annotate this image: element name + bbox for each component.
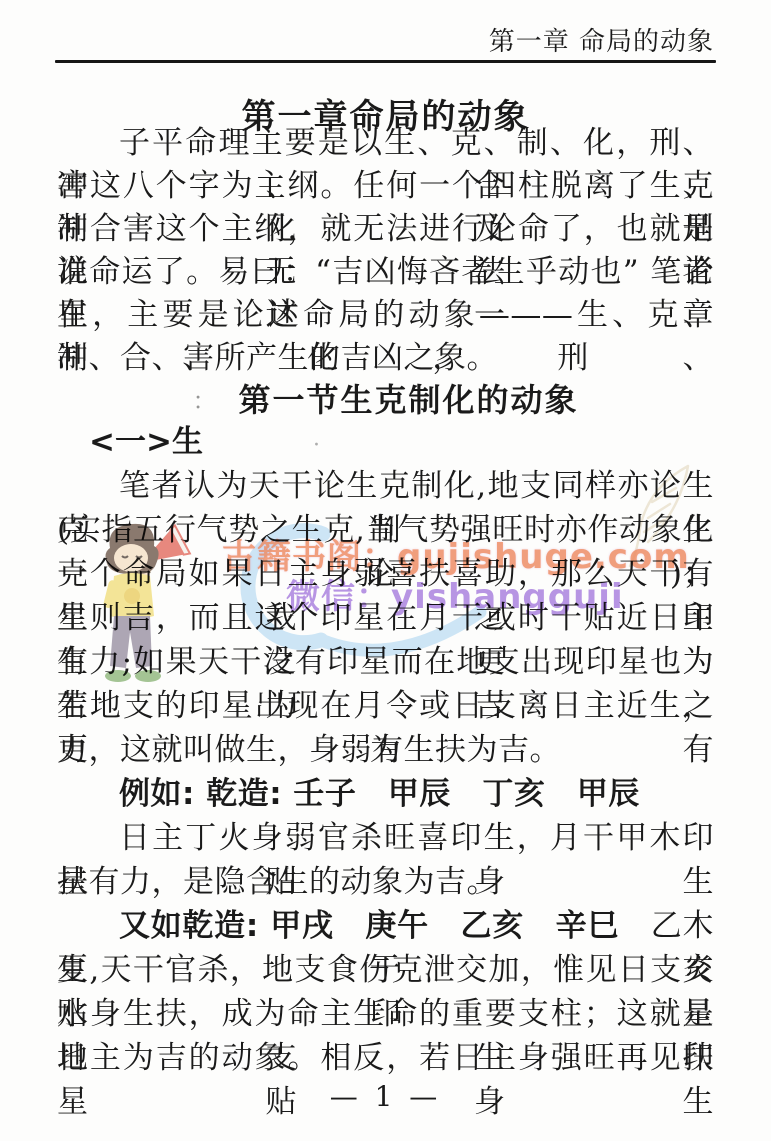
section-heading-row: ：第一节生克制化的动象 xyxy=(57,380,714,420)
subsection-heading-row: <一>生· xyxy=(57,420,714,464)
header-rule xyxy=(55,60,716,63)
page-number: — 1 — xyxy=(0,1080,771,1113)
paragraph1-line4: 准命运了。易曰：“吉凶悔吝者生乎动也” 笔者在这一章 xyxy=(57,251,714,294)
paragraph3-line1: 日主丁火身弱官杀旺喜印生，月干甲木印星贴身生 xyxy=(57,816,714,860)
scan-artifact-colon: ： xyxy=(192,387,216,415)
scan-artifact-dot: · xyxy=(313,433,320,458)
paragraph1-line3: 冲合害这个主纲，就无法进行论命了，也就是说无法论 xyxy=(57,208,714,251)
section-title: 第一节生克制化的动象 xyxy=(238,381,578,419)
example2-pillars: 又如乾造: 甲戌 庚午 乙亥 辛巳 xyxy=(119,908,619,944)
paragraph1-line5: 里，主要是论述命局的动象———生、克、制、化，刑、 xyxy=(57,294,714,337)
paragraph2-line3: 一个命局如果日主身弱喜扶喜助，那么天干有生我之印 xyxy=(57,552,714,596)
paragraph4-line4: 日主为吉的动象。相反，若日主身强旺再见印星贴身生 xyxy=(57,1036,714,1080)
body-text: 子平命理主要是以生、克、制、化，刑、冲、合、 害这八个字为主纲。任何一个四柱脱离… xyxy=(57,122,714,1080)
running-header: 第一章 命局的动象 xyxy=(489,27,714,57)
example2-line: 又如乾造: 甲戌 庚午 乙亥 辛巳 乙木生于炎 xyxy=(57,904,714,948)
paragraph2-line5: 有力;如果天干没有印星而在地支出现印星也为生为吉， xyxy=(57,640,714,684)
paragraph1-line2: 害这八个字为主纲。任何一个四柱脱离了生克制化及刑 xyxy=(57,165,714,208)
paragraph2-line2: (实指五行气势之生克,当气势强旺时亦作动象生克论)； xyxy=(57,508,714,552)
paragraph2-line6: 若地支的印星出现在月令或日支离日主近生之更为有 xyxy=(57,684,714,728)
paragraph2-line1: 笔者认为天干论生克制化,地支同样亦论生克制化 xyxy=(57,464,714,508)
example1-pillars: 例如: 乾造: 壬子 甲辰 丁亥 甲辰 xyxy=(57,772,714,816)
paragraph4-line2: 夏,天干官杀，地支食伤克泄交加，惟见日支亥水印星 xyxy=(57,948,714,992)
paragraph1-line1: 子平命理主要是以生、克、制、化，刑、冲、合、 xyxy=(57,122,714,165)
paragraph2-line4: 星则吉，而且这个印星在月干或时干贴近日主生之更为 xyxy=(57,596,714,640)
scanned-book-page: 第一章 命局的动象 第一章命局的动象 子平命理主要是以生、克、制、化，刑、冲、合… xyxy=(0,0,771,1141)
subsection-title: <一>生 xyxy=(89,424,203,460)
paragraph4-line3: 贴身生扶，成为命主生命的重要支柱；这就是地支生扶 xyxy=(57,992,714,1036)
